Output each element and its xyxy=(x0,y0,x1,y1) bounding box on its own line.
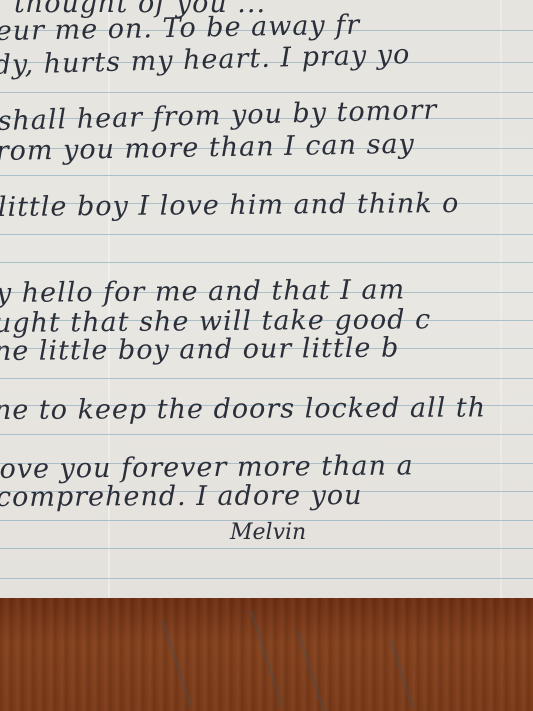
signature: Melvin xyxy=(230,520,306,545)
letter-line-7: y hello for me and that I am xyxy=(0,274,405,309)
letter-line-12: comprehend. I adore you xyxy=(0,480,363,513)
letter-line-9: ne little boy and our little b xyxy=(0,332,399,367)
ruled-line xyxy=(0,175,533,176)
ruled-line xyxy=(0,578,533,579)
ruled-line xyxy=(0,262,533,263)
lined-paper-letter: thought of you ... eur me on. To be away… xyxy=(0,0,533,602)
ruled-line xyxy=(0,434,533,435)
wood-grain xyxy=(389,639,413,707)
letter-line-10: ne to keep the doors locked all th xyxy=(0,392,486,426)
ruled-line xyxy=(0,378,533,379)
wood-grain xyxy=(161,620,192,707)
paper-fold-crease xyxy=(500,0,502,602)
wood-grain xyxy=(250,610,284,706)
ruled-line xyxy=(0,234,533,235)
ruled-line xyxy=(0,548,533,549)
wood-grain xyxy=(296,630,327,711)
letter-line-5: rom you more than I can say xyxy=(0,129,415,167)
wooden-table-surface xyxy=(0,598,533,711)
letter-line-6: little boy I love him and think o xyxy=(0,188,460,223)
ruled-line xyxy=(0,92,533,93)
